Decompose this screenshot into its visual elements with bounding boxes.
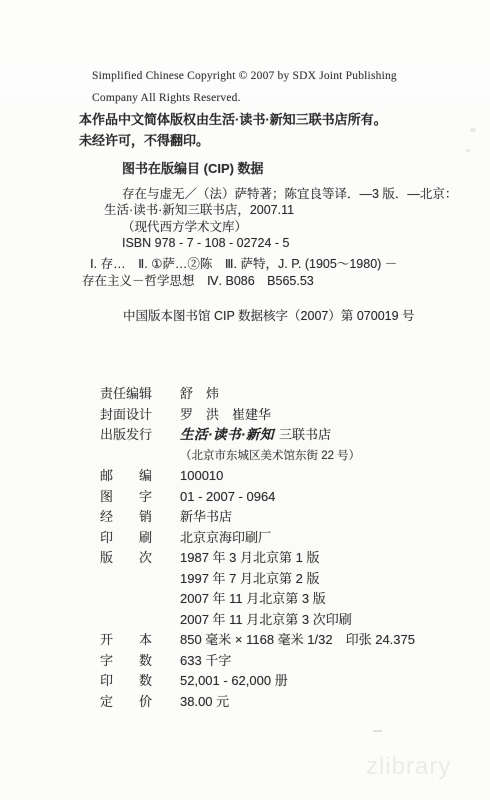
colophon-label: 邮 编: [100, 466, 152, 487]
colophon-value: 38.00 元: [180, 694, 229, 709]
cip-class-line-1: Ⅰ. 存… Ⅱ. ①萨…②陈 Ⅲ. 萨特，J. P. (1905～1980) －: [82, 256, 397, 273]
colophon-row-license-number: 图 字01 - 2007 - 0964: [100, 487, 415, 508]
copyright-notice: Simplified Chinese Copyright © 2007 by S…: [79, 66, 397, 151]
colophon-row-print-run: 印 数52,001 - 62,000 册: [100, 671, 415, 692]
copyright-line-zh-2: 未经许可，不得翻印。: [79, 130, 397, 151]
colophon-row-edition-3: 2007 年 11 月北京第 3 版: [100, 589, 415, 610]
colophon: 责任编辑舒 炜 封面设计罗 洪 崔建华 出版发行生活·读书·新知三联书店 （北京…: [100, 384, 415, 712]
colophon-row-edition-2: 1997 年 7 月北京第 2 版: [100, 569, 415, 590]
colophon-row-edition: 版 次1987 年 3 月北京第 1 版: [100, 548, 415, 569]
copyright-line-en-1: Simplified Chinese Copyright © 2007 by S…: [79, 66, 397, 88]
colophon-value: 舒 炜: [180, 386, 219, 401]
colophon-row-format: 开 本850 毫米 × 1168 毫米 1/32 印张 24.375: [100, 630, 415, 651]
zlibrary-watermark: zlibrary: [366, 753, 451, 781]
colophon-row-address: （北京市东城区美术馆东街 22 号）: [100, 446, 415, 467]
scan-speckle: [470, 128, 476, 132]
copyright-line-zh-1: 本作品中文简体版权由生活·读书·新知三联书店所有。: [79, 109, 397, 130]
scan-speckle: [373, 730, 382, 732]
cip-data-block: 图书在版编目 (CIP) 数据 存在与虚无／（法）萨特著；陈宜良等译．—3 版．…: [104, 161, 457, 252]
colophon-label: 封面设计: [100, 405, 152, 426]
colophon-row-price: 定 价38.00 元: [100, 692, 415, 713]
colophon-value: 100010: [180, 468, 223, 483]
cip-record-number: 中国版本图书馆 CIP 数据核字（2007）第 070019 号: [123, 306, 415, 324]
publisher-logotype: 生活·读书·新知: [180, 427, 274, 442]
colophon-value: 新华书店: [180, 509, 232, 524]
colophon-label: 字 数: [100, 651, 152, 672]
colophon-row-printer: 印 刷北京京海印刷厂: [100, 528, 415, 549]
colophon-row-publisher: 出版发行生活·读书·新知三联书店: [100, 425, 415, 446]
colophon-label: 开 本: [100, 630, 152, 651]
book-copyright-page: Simplified Chinese Copyright © 2007 by S…: [0, 0, 490, 800]
colophon-row-editor: 责任编辑舒 炜: [100, 384, 415, 405]
colophon-value: 罗 洪 崔建华: [180, 407, 271, 422]
colophon-row-postcode: 邮 编100010: [100, 466, 415, 487]
colophon-value: 850 毫米 × 1168 毫米 1/32 印张 24.375: [180, 632, 415, 647]
colophon-label: 图 字: [100, 487, 152, 508]
cip-entry-line-1: 存在与虚无／（法）萨特著；陈宜良等译．—3 版．—北京：: [104, 186, 457, 203]
cip-isbn: ISBN 978 - 7 - 108 - 02724 - 5: [104, 235, 457, 252]
colophon-row-cover-design: 封面设计罗 洪 崔建华: [100, 405, 415, 426]
cip-series: （现代西方学术文库）: [104, 219, 457, 236]
colophon-value: 52,001 - 62,000 册: [180, 673, 288, 688]
colophon-row-distributor: 经 销新华书店: [100, 507, 415, 528]
colophon-row-word-count: 字 数633 千字: [100, 651, 415, 672]
colophon-label: 版 次: [100, 548, 152, 569]
colophon-value: 01 - 2007 - 0964: [180, 489, 275, 504]
scan-speckle: [466, 149, 470, 152]
colophon-value: 633 千字: [180, 653, 231, 668]
colophon-label: 出版发行: [100, 425, 152, 446]
colophon-label: 印 数: [100, 671, 152, 692]
colophon-label: 责任编辑: [100, 384, 152, 405]
colophon-row-edition-4: 2007 年 11 月北京第 3 次印刷: [100, 610, 415, 631]
colophon-label: 印 刷: [100, 528, 152, 549]
colophon-value: 北京京海印刷厂: [180, 530, 271, 545]
colophon-value: 1987 年 3 月北京第 1 版: [180, 550, 319, 565]
cip-heading: 图书在版编目 (CIP) 数据: [104, 161, 457, 178]
colophon-label: 经 销: [100, 507, 152, 528]
publisher-name: 三联书店: [279, 427, 331, 442]
copyright-line-en-2: Company All Rights Reserved.: [79, 88, 397, 110]
cip-entry-line-2: 生活·读书·新知三联书店，2007.11: [104, 202, 457, 219]
cip-classification: Ⅰ. 存… Ⅱ. ①萨…②陈 Ⅲ. 萨特，J. P. (1905～1980) －…: [82, 256, 397, 289]
cip-class-line-2: 存在主义－哲学思想 Ⅳ. B086 B565.53: [82, 273, 397, 290]
colophon-label: 定 价: [100, 692, 152, 713]
